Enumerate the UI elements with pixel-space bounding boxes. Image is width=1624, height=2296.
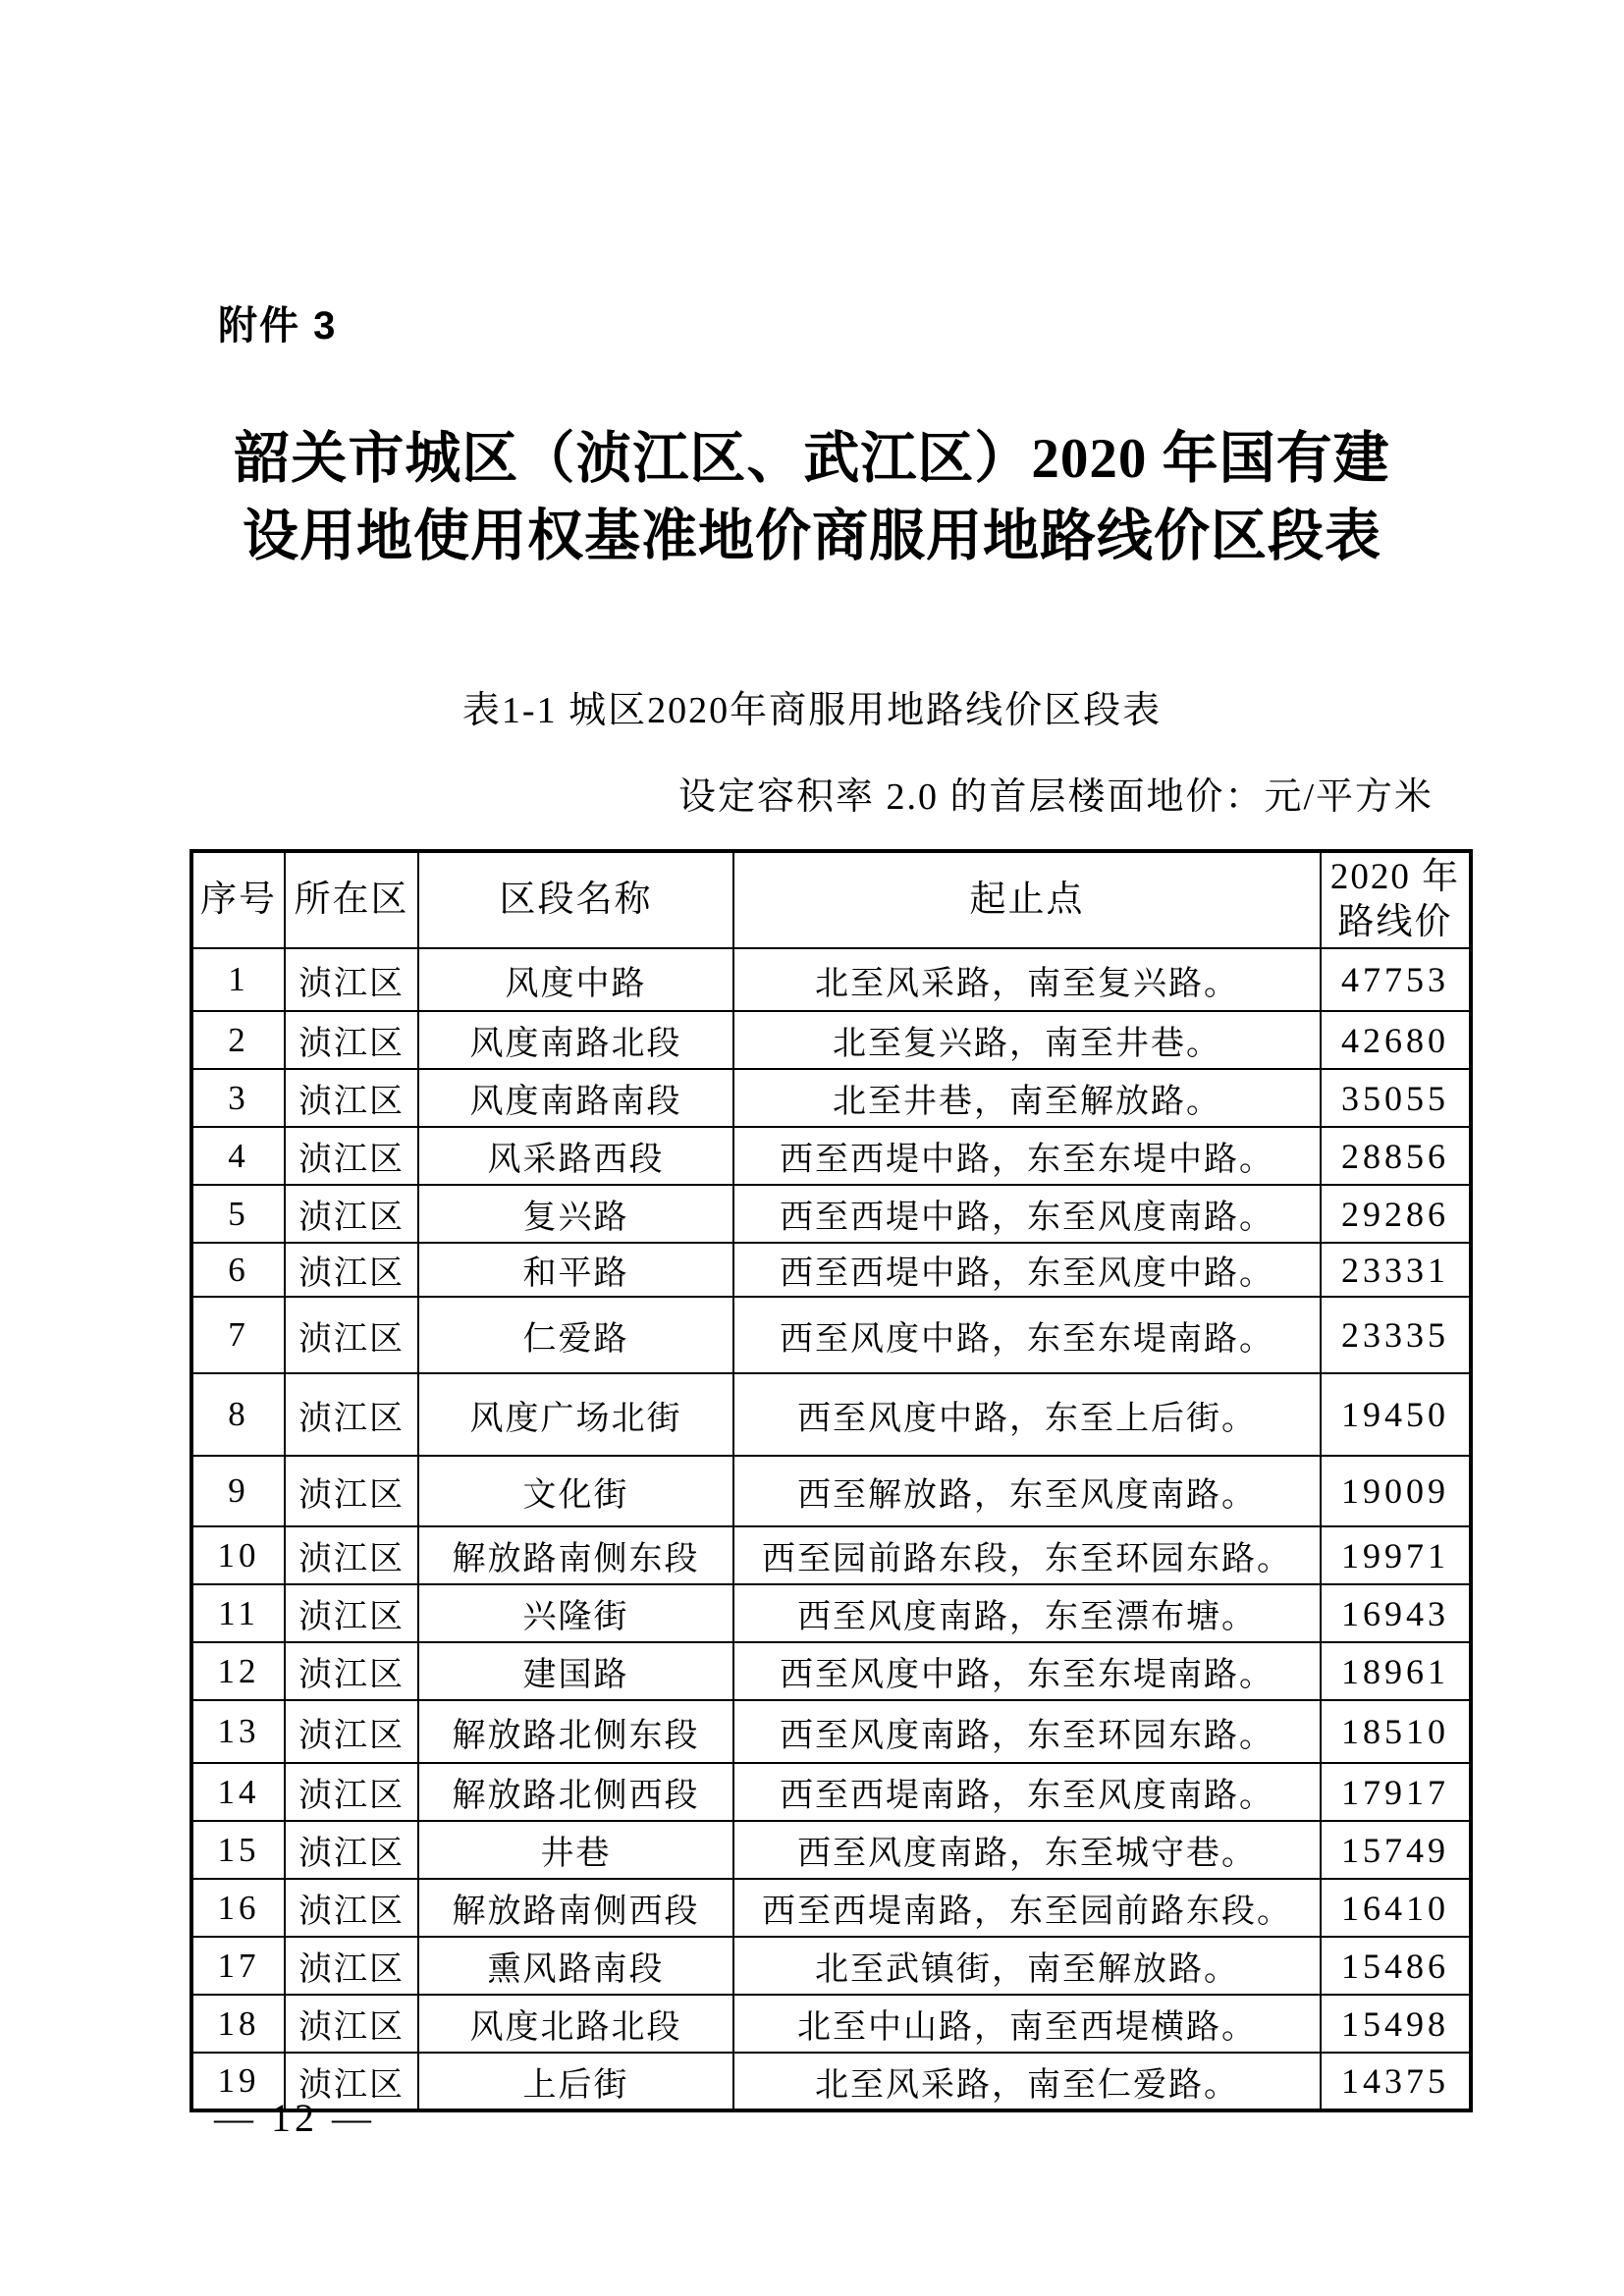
cell-range: 西至西堤中路，东至东堤中路。 (733, 1127, 1321, 1185)
cell-name: 风度南路北段 (418, 1011, 733, 1069)
cell-district: 浈江区 (285, 1297, 418, 1373)
cell-price: 29286 (1321, 1185, 1471, 1243)
cell-name: 风度广场北街 (418, 1373, 733, 1456)
cell-name: 仁爱路 (418, 1297, 733, 1373)
cell-seq: 11 (191, 1584, 285, 1642)
cell-range: 西至西堤中路，东至风度中路。 (733, 1243, 1321, 1297)
table-row: 19浈江区上后街北至风采路，南至仁爱路。14375 (191, 2053, 1471, 2110)
cell-district: 浈江区 (285, 1584, 418, 1642)
cell-district: 浈江区 (285, 1011, 418, 1069)
cell-seq: 5 (191, 1185, 285, 1243)
cell-district: 浈江区 (285, 1069, 418, 1127)
table-row: 11浈江区兴隆街西至风度南路，东至漂布塘。16943 (191, 1584, 1471, 1642)
cell-district: 浈江区 (285, 1243, 418, 1297)
col-header-seq: 序号 (191, 851, 285, 948)
cell-range: 北至风采路，南至复兴路。 (733, 948, 1321, 1011)
document-title-line2: 设用地使用权基准地价商服用地路线价区段表 (147, 498, 1477, 575)
cell-district: 浈江区 (285, 1456, 418, 1526)
table-row: 1浈江区风度中路北至风采路，南至复兴路。47753 (191, 948, 1471, 1011)
cell-range: 北至复兴路，南至井巷。 (733, 1011, 1321, 1069)
cell-district: 浈江区 (285, 1821, 418, 1879)
document-title-line1: 韶关市城区（浈江区、武江区）2020 年国有建 (147, 420, 1477, 498)
cell-price: 23335 (1321, 1297, 1471, 1373)
cell-seq: 1 (191, 948, 285, 1011)
table-caption: 表1-1 城区2020年商服用地路线价区段表 (0, 679, 1624, 733)
cell-name: 文化街 (418, 1456, 733, 1526)
cell-name: 熏风路南段 (418, 1937, 733, 1995)
document-title: 韶关市城区（浈江区、武江区）2020 年国有建 设用地使用权基准地价商服用地路线… (147, 420, 1477, 575)
cell-range: 西至西堤南路，东至园前路东段。 (733, 1879, 1321, 1937)
table-row: 9浈江区文化街西至解放路，东至风度南路。19009 (191, 1456, 1471, 1526)
cell-range: 西至风度中路，东至上后街。 (733, 1373, 1321, 1456)
cell-price: 14375 (1321, 2053, 1471, 2110)
cell-price: 19971 (1321, 1526, 1471, 1584)
cell-name: 上后街 (418, 2053, 733, 2110)
cell-district: 浈江区 (285, 1526, 418, 1584)
cell-range: 西至风度南路，东至城守巷。 (733, 1821, 1321, 1879)
cell-range: 北至武镇街，南至解放路。 (733, 1937, 1321, 1995)
cell-seq: 4 (191, 1127, 285, 1185)
cell-seq: 13 (191, 1700, 285, 1763)
cell-seq: 12 (191, 1642, 285, 1700)
cell-range: 北至井巷，南至解放路。 (733, 1069, 1321, 1127)
table-row: 7浈江区仁爱路西至风度中路，东至东堤南路。23335 (191, 1297, 1471, 1373)
table-header: 序号 所在区 区段名称 起止点 2020 年路线价 (191, 851, 1471, 948)
cell-price: 47753 (1321, 948, 1471, 1011)
table-row: 4浈江区风采路西段西至西堤中路，东至东堤中路。28856 (191, 1127, 1471, 1185)
cell-seq: 2 (191, 1011, 285, 1069)
col-header-range: 起止点 (733, 851, 1321, 948)
table-row: 10浈江区解放路南侧东段西至园前路东段，东至环园东路。19971 (191, 1526, 1471, 1584)
cell-name: 解放路北侧西段 (418, 1763, 733, 1821)
table-header-row: 序号 所在区 区段名称 起止点 2020 年路线价 (191, 851, 1471, 948)
table-row: 13浈江区解放路北侧东段西至风度南路，东至环园东路。18510 (191, 1700, 1471, 1763)
cell-district: 浈江区 (285, 1995, 418, 2053)
cell-name: 建国路 (418, 1642, 733, 1700)
table-unit-note: 设定容积率 2.0 的首层楼面地价：元/平方米 (678, 766, 1434, 820)
cell-seq: 3 (191, 1069, 285, 1127)
cell-range: 北至中山路，南至西堤横路。 (733, 1995, 1321, 2053)
cell-seq: 8 (191, 1373, 285, 1456)
cell-district: 浈江区 (285, 1700, 418, 1763)
col-header-price: 2020 年路线价 (1321, 851, 1471, 948)
cell-name: 复兴路 (418, 1185, 733, 1243)
cell-seq: 14 (191, 1763, 285, 1821)
cell-price: 28856 (1321, 1127, 1471, 1185)
cell-district: 浈江区 (285, 1185, 418, 1243)
table-row: 14浈江区解放路北侧西段西至西堤南路，东至风度南路。17917 (191, 1763, 1471, 1821)
cell-name: 解放路南侧东段 (418, 1526, 733, 1584)
cell-seq: 16 (191, 1879, 285, 1937)
cell-district: 浈江区 (285, 1937, 418, 1995)
cell-price: 15498 (1321, 1995, 1471, 2053)
cell-price: 18510 (1321, 1700, 1471, 1763)
cell-district: 浈江区 (285, 948, 418, 1011)
cell-seq: 15 (191, 1821, 285, 1879)
cell-range: 北至风采路，南至仁爱路。 (733, 2053, 1321, 2110)
table-row: 6浈江区和平路西至西堤中路，东至风度中路。23331 (191, 1243, 1471, 1297)
cell-name: 井巷 (418, 1821, 733, 1879)
col-header-district: 所在区 (285, 851, 418, 948)
cell-name: 风采路西段 (418, 1127, 733, 1185)
cell-district: 浈江区 (285, 1879, 418, 1937)
cell-district: 浈江区 (285, 1127, 418, 1185)
cell-price: 19450 (1321, 1373, 1471, 1456)
cell-price: 15486 (1321, 1937, 1471, 1995)
cell-price: 15749 (1321, 1821, 1471, 1879)
cell-district: 浈江区 (285, 1763, 418, 1821)
cell-district: 浈江区 (285, 1642, 418, 1700)
cell-price: 17917 (1321, 1763, 1471, 1821)
cell-name: 解放路南侧西段 (418, 1879, 733, 1937)
price-table: 序号 所在区 区段名称 起止点 2020 年路线价 1浈江区风度中路北至风采路，… (189, 849, 1473, 2112)
document-page: 附件 3 韶关市城区（浈江区、武江区）2020 年国有建 设用地使用权基准地价商… (0, 0, 1624, 2296)
cell-range: 西至园前路东段，东至环园东路。 (733, 1526, 1321, 1584)
cell-price: 19009 (1321, 1456, 1471, 1526)
cell-name: 和平路 (418, 1243, 733, 1297)
table-row: 2浈江区风度南路北段北至复兴路，南至井巷。42680 (191, 1011, 1471, 1069)
cell-price: 23331 (1321, 1243, 1471, 1297)
cell-seq: 10 (191, 1526, 285, 1584)
cell-seq: 17 (191, 1937, 285, 1995)
cell-name: 风度北路北段 (418, 1995, 733, 2053)
cell-district: 浈江区 (285, 1373, 418, 1456)
table-row: 8浈江区风度广场北街西至风度中路，东至上后街。19450 (191, 1373, 1471, 1456)
table-row: 5浈江区复兴路西至西堤中路，东至风度南路。29286 (191, 1185, 1471, 1243)
cell-seq: 18 (191, 1995, 285, 2053)
cell-range: 西至西堤南路，东至风度南路。 (733, 1763, 1321, 1821)
table-body: 1浈江区风度中路北至风采路，南至复兴路。477532浈江区风度南路北段北至复兴路… (191, 948, 1471, 2110)
cell-seq: 6 (191, 1243, 285, 1297)
col-header-segment-name: 区段名称 (418, 851, 733, 948)
cell-seq: 7 (191, 1297, 285, 1373)
table-row: 15浈江区井巷西至风度南路，东至城守巷。15749 (191, 1821, 1471, 1879)
cell-range: 西至西堤中路，东至风度南路。 (733, 1185, 1321, 1243)
cell-name: 风度中路 (418, 948, 733, 1011)
cell-price: 35055 (1321, 1069, 1471, 1127)
table-row: 17浈江区熏风路南段北至武镇街，南至解放路。15486 (191, 1937, 1471, 1995)
cell-price: 42680 (1321, 1011, 1471, 1069)
table-row: 16浈江区解放路南侧西段西至西堤南路，东至园前路东段。16410 (191, 1879, 1471, 1937)
cell-seq: 9 (191, 1456, 285, 1526)
cell-range: 西至风度中路，东至东堤南路。 (733, 1642, 1321, 1700)
cell-price: 16943 (1321, 1584, 1471, 1642)
table-row: 3浈江区风度南路南段北至井巷，南至解放路。35055 (191, 1069, 1471, 1127)
cell-price: 16410 (1321, 1879, 1471, 1937)
table-row: 18浈江区风度北路北段北至中山路，南至西堤横路。15498 (191, 1995, 1471, 2053)
cell-range: 西至风度南路，东至漂布塘。 (733, 1584, 1321, 1642)
cell-name: 兴隆街 (418, 1584, 733, 1642)
col-header-price-line2: 路线价 (1338, 902, 1453, 942)
cell-price: 18961 (1321, 1642, 1471, 1700)
cell-range: 西至风度南路，东至环园东路。 (733, 1700, 1321, 1763)
col-header-price-line1: 2020 年 (1330, 857, 1460, 897)
table-row: 12浈江区建国路西至风度中路，东至东堤南路。18961 (191, 1642, 1471, 1700)
attachment-label: 附件 3 (218, 294, 337, 350)
cell-name: 风度南路南段 (418, 1069, 733, 1127)
cell-range: 西至解放路，东至风度南路。 (733, 1456, 1321, 1526)
cell-name: 解放路北侧东段 (418, 1700, 733, 1763)
page-number: — 12 — (214, 2095, 375, 2141)
cell-range: 西至风度中路，东至东堤南路。 (733, 1297, 1321, 1373)
